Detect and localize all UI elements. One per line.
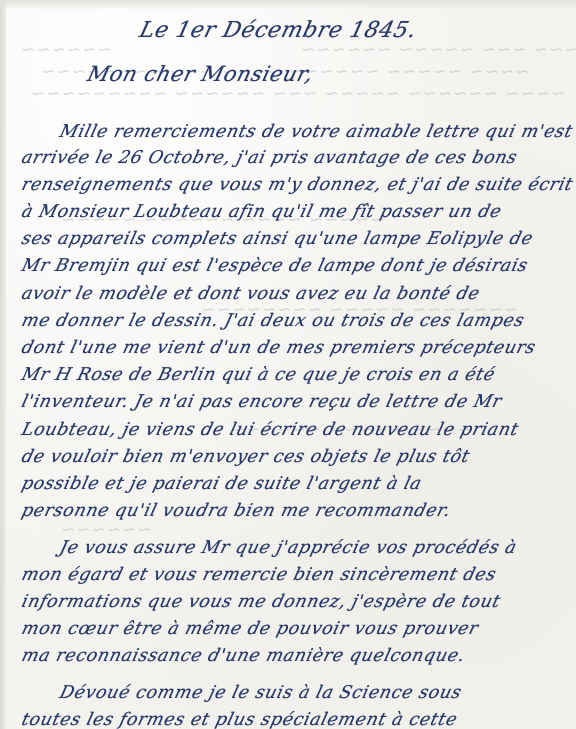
letter-line: Mr H Rose de Berlin qui à ce que je croi… <box>20 365 498 385</box>
letter-line: possible et je paierai de suite l'argent… <box>20 474 424 494</box>
letter-line: Mr Bremjin qui est l'espèce de lampe don… <box>20 256 531 276</box>
letter-salutation: Mon cher Monsieur, <box>85 62 316 86</box>
letter-line: de vouloir bien m'envoyer ces objets le … <box>20 447 472 467</box>
letter-line: mon égard et vous remercie bien sincèrem… <box>20 565 499 585</box>
letter-line: mon cœur être à même de pouvoir vous pro… <box>20 619 481 639</box>
letter-line: Je vous assure Mr que j'apprécie vos pro… <box>58 538 519 558</box>
letter-line: ma reconnaissance d'une manière quelconq… <box>20 646 468 666</box>
letter-line: l'inventeur. Je n'ai pas encore reçu de … <box>20 392 504 412</box>
letter-line: renseignements que vous m'y donnez, et j… <box>20 175 576 195</box>
letter-line: avoir le modèle et dont vous avez eu la … <box>20 284 482 304</box>
letter-line: dont l'une me vient d'un de mes premiers… <box>20 338 538 358</box>
letter-date: Le 1er Décembre 1845. <box>137 18 419 43</box>
letter-line: à Monsieur Loubteau afin qu'il me fît pa… <box>20 202 504 222</box>
letter-page: ~~~~ ~~~ ~~~~~ ~~~~~~ ~~~~~~ ~~~~ ~~~~~ … <box>0 0 576 729</box>
letter-line: me donner le dessin. J'ai deux ou trois … <box>20 311 527 331</box>
page-top-shadow <box>0 0 576 10</box>
letter-line: Mille remerciements de votre aimable let… <box>58 122 575 142</box>
letter-line: ses appareils complets ainsi qu'une lamp… <box>20 229 536 249</box>
letter-line: Loubteau, je viens de lui écrire de nouv… <box>20 420 521 440</box>
page-edge <box>0 0 6 729</box>
letter-line: arrivée le 26 Octobre, j'ai pris avantag… <box>20 148 520 168</box>
letter-line: Dévoué comme je le suis à la Science sou… <box>58 683 464 703</box>
letter-line: informations que vous me donnez, j'espèr… <box>20 592 503 612</box>
letter-line: personne qu'il voudra bien me recommande… <box>20 501 453 521</box>
letter-line: toutes les formes et plus spécialement à… <box>20 710 460 729</box>
